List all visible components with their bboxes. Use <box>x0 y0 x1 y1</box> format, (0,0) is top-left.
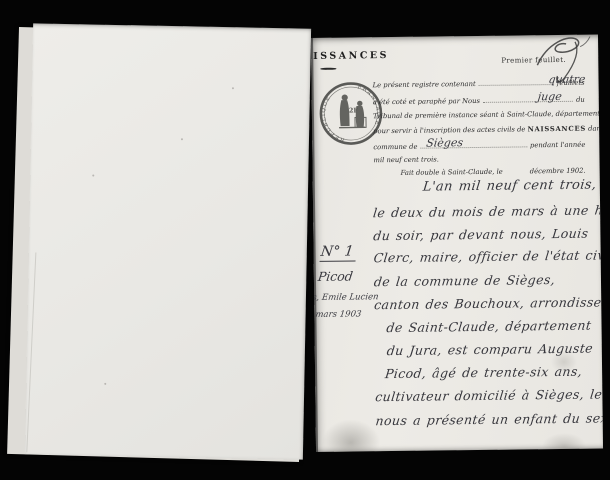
form-line-4: pour servir à l'inscription des actes ci… <box>373 125 585 136</box>
title-rule <box>320 68 336 70</box>
fill-line: quatre <box>479 77 554 86</box>
act-line: de la commune de Sièges, <box>373 272 556 289</box>
handwritten-juge: juge <box>537 90 563 103</box>
form-line-5-pre: commune de <box>373 143 417 152</box>
form-line-7: Fait double à Saint-Claude, le décembre … <box>401 167 586 177</box>
act-line: cultivateur domicilié à Sièges, lequel <box>375 386 603 404</box>
form-line-6-text: mil neuf cent trois. <box>373 155 438 164</box>
scanned-register-spread: NAISSANCES Premier feuillet. RÉPUBLIQUE … <box>0 0 610 480</box>
page-crease <box>26 252 36 452</box>
form-line-4-post: dans la <box>588 124 603 132</box>
act-line: L'an mil neuf cent trois, <box>422 178 597 195</box>
form-line-1-pre: Le présent registre contenant <box>373 80 476 89</box>
form-line-5: commune de Sièges pendant l'année <box>373 139 585 152</box>
left-page-blank <box>25 23 311 459</box>
form-line-5-post: pendant l'année <box>530 141 585 150</box>
fill-line: Sièges <box>420 139 527 148</box>
paper-speck <box>232 87 234 89</box>
form-line-3: Tribunal de première instance séant à Sa… <box>373 110 585 121</box>
ink-smudge <box>542 433 586 452</box>
handwritten-sieges: Sièges <box>426 136 464 149</box>
act-line: de Saint-Claude, département <box>386 318 593 336</box>
act-line: canton des Bouchoux, arrondissement <box>373 294 603 312</box>
form-line-3-text: Tribunal de première instance séant à Sa… <box>373 109 603 120</box>
form-line-7-pre: Fait double à Saint-Claude, le <box>401 168 503 177</box>
form-line-2-post: du <box>576 96 585 104</box>
fill-line: juge <box>483 94 573 103</box>
act-line: du soir, par devant nous, Louis <box>373 226 590 244</box>
act-line: Clerc, maire, officier de l'état civil, <box>373 247 603 265</box>
margin-act-number: N° 1 <box>319 243 357 261</box>
paper-speck <box>92 175 94 177</box>
ink-smudge <box>322 419 381 452</box>
margin-surname: Picod <box>317 268 354 283</box>
paper-speck <box>181 138 183 140</box>
form-line-2: a été coté et paraphé par Nous juge du <box>373 94 585 107</box>
register-page: NAISSANCES Premier feuillet. RÉPUBLIQUE … <box>311 34 603 451</box>
register-title: NAISSANCES <box>311 50 389 62</box>
margin-given-names: s, Emile Lucien <box>312 292 380 303</box>
form-line-7-date: décembre 1902. <box>530 167 586 176</box>
handwritten-quatre: quatre <box>548 73 587 86</box>
act-line: le deux du mois de mars à une heure <box>372 202 603 220</box>
paper-speck <box>104 383 106 385</box>
act-line: nous a présenté un enfant du sexe <box>375 410 603 428</box>
form-line-6: mil neuf cent trois. <box>373 154 585 165</box>
form-line-2-pre: a été coté et paraphé par Nous <box>373 97 480 106</box>
margin-date-note: mars 1903 <box>315 309 362 320</box>
form-line-4-pre: pour servir à l'inscription des actes ci… <box>373 125 525 135</box>
form-line-4-naissances: NAISSANCES <box>528 125 586 134</box>
stamp-value: 2F <box>349 106 359 114</box>
